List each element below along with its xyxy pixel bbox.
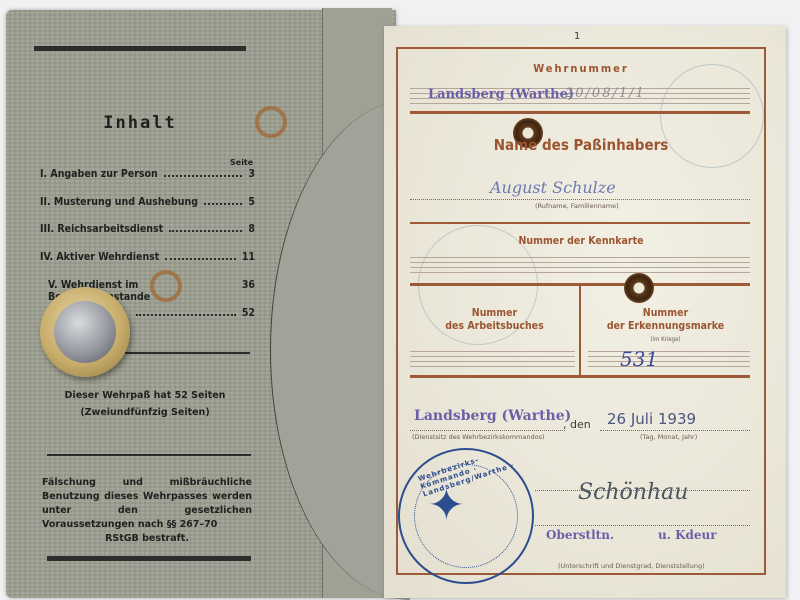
toc-entry-page: 8 bbox=[248, 223, 255, 235]
role-stamp: u. Kdeur bbox=[658, 528, 717, 542]
issue-date-caption: (Tag, Monat, Jahr) bbox=[640, 433, 697, 441]
coin-center bbox=[54, 301, 116, 363]
toc-entry-label: III. Reichsarbeitsdienst bbox=[40, 223, 163, 235]
wehrnummer-stamp: Landsberg (Warthe) bbox=[428, 87, 574, 102]
page-number: 1 bbox=[574, 31, 580, 42]
page-count-note: Dieser Wehrpaß hat 52 Seiten (Zweiundfün… bbox=[40, 389, 250, 420]
erkennungsmarke-label-line2: der Erkennungsmarke bbox=[581, 320, 750, 333]
toc-entry: I. Angaben zur Person 3 bbox=[40, 168, 255, 180]
issue-place-line bbox=[410, 430, 565, 431]
erkennungsmarke-lines bbox=[588, 347, 750, 371]
leader-dots bbox=[164, 168, 243, 177]
name-label: Name des Paßinhabers bbox=[396, 136, 766, 154]
arbeitsbuch-label: Nummer des Arbeitsbuches bbox=[410, 307, 579, 333]
toc-entry-label: IV. Aktiver Wehrdienst bbox=[40, 251, 159, 263]
toc-entry: IV. Aktiver Wehrdienst 11 bbox=[40, 251, 255, 263]
signature-caption: (Unterschrift und Dienstgrad, Dienststel… bbox=[558, 562, 705, 570]
toc-entry-page: 52 bbox=[242, 307, 255, 319]
erkennungsmarke-sublabel: (im Kriege) bbox=[581, 333, 750, 346]
section-rule bbox=[410, 222, 750, 224]
signature-handwritten: Schönhau bbox=[578, 480, 688, 505]
issue-date-line bbox=[600, 430, 750, 431]
wehrnummer-label: Wehrnummer bbox=[396, 62, 766, 75]
wehrnummer-handwritten: 20/08/1/1 bbox=[565, 86, 646, 101]
name-handwritten: August Schulze bbox=[490, 178, 616, 197]
kennkarte-lines bbox=[410, 253, 750, 277]
warning-last-line: RStGB bestraft. bbox=[42, 532, 252, 546]
bottom-rule bbox=[47, 556, 251, 561]
toc-page-column-label: Seite bbox=[230, 158, 253, 167]
rust-stain bbox=[150, 270, 182, 302]
name-caption: (Rufname, Familienname) bbox=[535, 202, 619, 210]
issue-place-caption: (Dienstsitz des Wehrbezirkskommandos) bbox=[412, 433, 545, 441]
leader-dots bbox=[136, 307, 236, 316]
toc-entry: III. Reichsarbeitsdienst 8 bbox=[40, 223, 255, 235]
toc-entry: II. Musterung und Aushebung 5 bbox=[40, 196, 255, 208]
warning-text: Fälschung und mißbräuchliche Benutzung d… bbox=[42, 477, 252, 530]
erkennungsmarke-label: Nummer der Erkennungsmarke (im Kriege) bbox=[581, 307, 750, 346]
signature-line-2 bbox=[535, 525, 750, 526]
forgery-warning: Fälschung und mißbräuchliche Benutzung d… bbox=[42, 476, 252, 546]
issue-date: 26 Juli 1939 bbox=[607, 410, 696, 428]
toc-entry-label: II. Musterung und Aushebung bbox=[40, 196, 198, 208]
rust-stain bbox=[255, 106, 287, 138]
toc-title: Inhalt bbox=[60, 113, 220, 133]
arbeitsbuch-lines bbox=[410, 347, 575, 371]
toc-entry-page: 3 bbox=[248, 168, 255, 180]
issue-place-stamp: Landsberg (Warthe) bbox=[414, 408, 571, 424]
leader-dots bbox=[204, 196, 242, 205]
page-count-line-words: (Zweiundfünfzig Seiten) bbox=[40, 406, 250, 420]
euro-coin bbox=[40, 287, 130, 377]
toc-entry-page: 11 bbox=[242, 251, 255, 263]
name-line bbox=[410, 199, 750, 200]
top-rule bbox=[34, 46, 246, 51]
section-rule bbox=[410, 375, 750, 378]
toc-entry-page: 5 bbox=[248, 196, 255, 208]
leader-dots bbox=[165, 251, 236, 260]
toc-entry-label: I. Angaben zur Person bbox=[40, 168, 158, 180]
signature-line-1 bbox=[535, 490, 750, 491]
punch-hole bbox=[624, 273, 654, 303]
page-count-line: Dieser Wehrpaß hat 52 Seiten bbox=[40, 389, 250, 403]
erkennungsmarke-value: 531 bbox=[620, 347, 658, 371]
den-label: , den bbox=[563, 418, 591, 431]
arbeitsbuch-label-line1: Nummer bbox=[410, 307, 579, 320]
toc-entry-page: 36 bbox=[242, 279, 255, 303]
warning-top-rule bbox=[47, 454, 251, 456]
rank-stamp: Oberstltn. bbox=[546, 528, 614, 542]
leader-dots bbox=[169, 223, 242, 232]
erkennungsmarke-label-line1: Nummer bbox=[581, 307, 750, 320]
official-seal: Wehrbezirks-Kommando · Landsberg/Warthe … bbox=[398, 448, 534, 584]
toc-bottom-rule bbox=[125, 352, 250, 354]
toc-entry: 52 bbox=[130, 307, 255, 319]
arbeitsbuch-label-line2: des Arbeitsbuches bbox=[410, 320, 579, 333]
kennkarte-label: Nummer der Kennkarte bbox=[396, 235, 766, 247]
section-rule bbox=[410, 111, 750, 114]
eagle-emblem-icon: ✦ bbox=[428, 480, 465, 531]
